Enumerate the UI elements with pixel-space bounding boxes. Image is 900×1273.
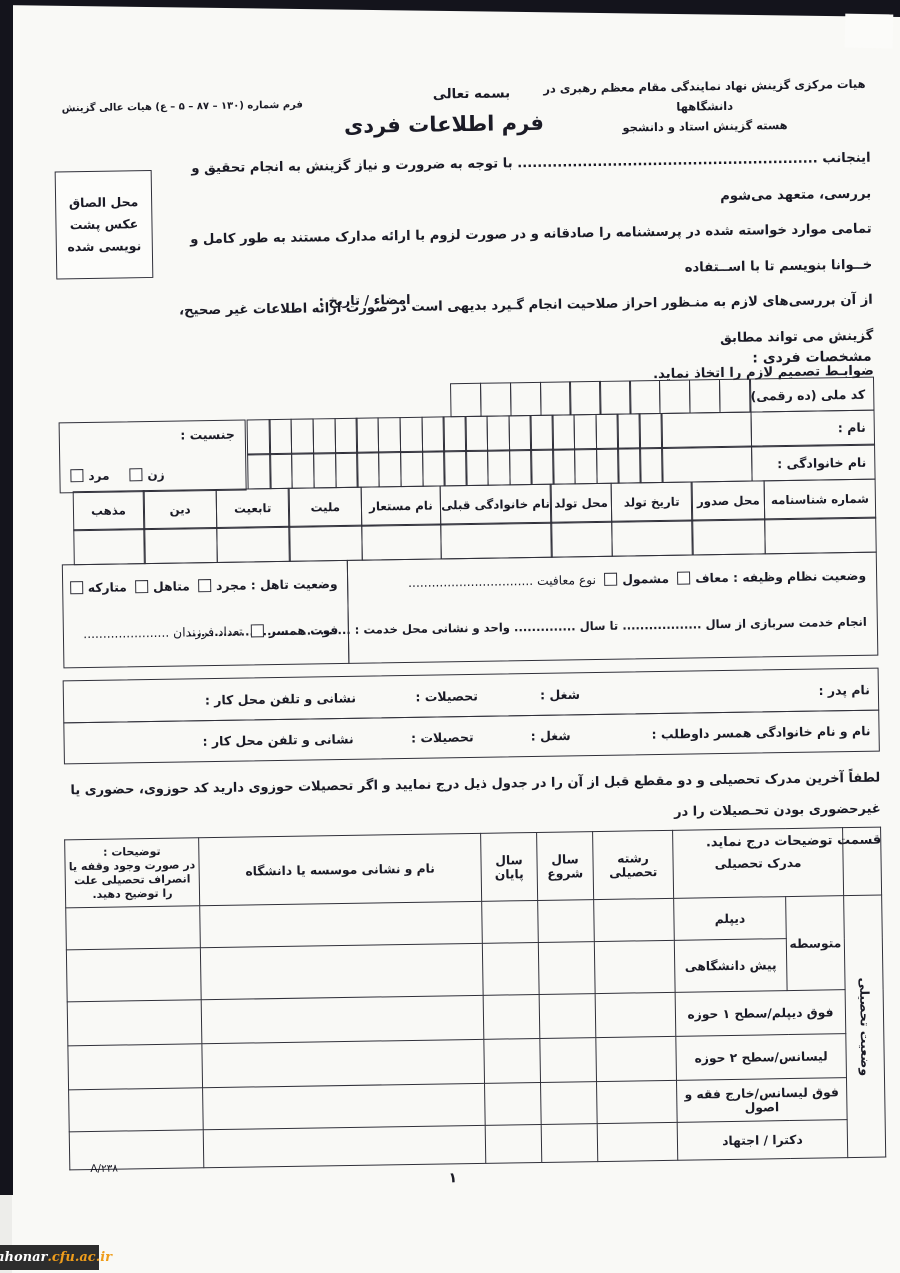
gender-label: جنسیت :	[180, 427, 235, 443]
col-header-birth-date: تاریخ تولد	[610, 481, 693, 522]
family-name-letter-cell[interactable]	[574, 448, 598, 484]
first-name-letter-cell[interactable]	[291, 418, 315, 454]
first-name-letter-cell[interactable]	[573, 414, 597, 450]
scan-corner-notch	[845, 14, 894, 49]
family-name-blank-cell[interactable]	[662, 446, 753, 483]
signature-date-label[interactable]: امضاء / تاریخ :	[319, 293, 411, 309]
edu-header-notes: توضیحات : در صورت وجود وقفه یا انصراف تح…	[65, 838, 200, 908]
spouse-children-line: فوت همسر تعداد فرزندان .................…	[83, 623, 338, 642]
edu-cell-notes[interactable]	[69, 1088, 204, 1132]
edu-header-end: سال پایان	[481, 832, 538, 901]
children-count-field[interactable]: تعداد فرزندان ......................	[83, 625, 243, 642]
conscript-label: مشمول	[622, 572, 669, 587]
exempt-option[interactable]: معاف	[673, 571, 729, 586]
spouse-education-label[interactable]: تحصیلات :	[411, 729, 474, 745]
married-label: متاهل	[153, 579, 190, 594]
birth-place-cell[interactable]	[550, 521, 613, 558]
edu-secondary-group-label: متوسطه	[786, 896, 845, 991]
gender-box: جنسیت : زن مرد	[59, 419, 247, 493]
edu-cell-notes[interactable]	[67, 1000, 202, 1046]
first-name-letter-cell[interactable]	[465, 415, 489, 451]
family-name-letter-cell[interactable]	[291, 453, 315, 489]
edu-cell-field[interactable]	[595, 992, 676, 1037]
photo-box-line1: محل الصاق	[69, 191, 139, 214]
national-code-cell[interactable]	[689, 379, 721, 413]
family-name-letter-cell[interactable]	[465, 450, 489, 486]
edu-cell-start[interactable]	[541, 1082, 598, 1125]
first-name-letter-cell[interactable]	[552, 414, 576, 450]
first-name-letter-cell[interactable]	[378, 417, 402, 453]
family-name-letter-cell[interactable]	[618, 448, 642, 484]
edu-cell-end[interactable]	[482, 942, 539, 995]
family-name-letter-cell[interactable]	[509, 449, 533, 485]
first-name-label: نام :	[750, 409, 875, 447]
edu-status-header-cell	[843, 827, 882, 896]
besmele-text: بسمه تعالی	[391, 85, 551, 104]
father-job-label[interactable]: شغل :	[540, 686, 580, 702]
conscript-checkbox[interactable]	[604, 573, 617, 586]
family-name-letter-cell[interactable]	[422, 451, 446, 487]
first-name-blank-cell[interactable]	[662, 411, 753, 448]
edu-cell-institute[interactable]	[203, 1125, 486, 1167]
section-title-personal: مشخصات فردی :	[752, 349, 872, 367]
separated-label: متارکه	[88, 580, 127, 595]
exempt-label: معاف	[695, 571, 729, 586]
birth-date-cell[interactable]	[611, 520, 694, 557]
col-header-issue-place: محل صدور	[691, 480, 766, 521]
national-code-cell[interactable]	[629, 380, 661, 414]
religion-cell[interactable]	[143, 527, 218, 564]
edu-cell-end[interactable]	[482, 900, 539, 943]
national-code-label: کد ملی (ده رقمی)	[750, 377, 875, 413]
family-rows: نام پدر : شغل : تحصیلات : نشانی و تلفن م…	[63, 668, 880, 764]
first-name-letter-cell[interactable]	[486, 415, 510, 451]
edu-cell-institute[interactable]	[203, 1083, 486, 1129]
edu-cell-notes[interactable]	[66, 906, 201, 950]
edu-header-start: سال شروع	[537, 832, 594, 901]
marital-status-box: وضعیت تاهل : مجرد متاهل متارکه فوت همسر …	[62, 560, 350, 668]
edu-cell-start[interactable]	[538, 900, 595, 943]
spouse-work-label[interactable]: نشانی و تلفن محل کار :	[202, 731, 353, 748]
family-name-letter-cell[interactable]	[335, 452, 359, 488]
edu-row-label-bachelor: لیسانس/سطح ۲ حوزه	[676, 1034, 847, 1081]
edu-cell-institute[interactable]	[200, 943, 483, 999]
edu-cell-field[interactable]	[597, 1122, 678, 1161]
single-label: مجرد	[216, 579, 247, 593]
single-option[interactable]: مجرد	[194, 579, 247, 594]
edu-cell-field[interactable]	[596, 1036, 677, 1081]
id-number-cell[interactable]	[764, 517, 877, 555]
edu-side-label: وضعیت تحصیلی	[856, 977, 873, 1076]
father-name-label[interactable]: نام پدر :	[818, 682, 870, 698]
married-checkbox[interactable]	[135, 580, 148, 593]
org-header: هیات مرکزی گزینش نهاد نمایندگی مقام معظم…	[539, 74, 870, 139]
intro-line2: تمامی موارد خواسته شده در پرسشنامه را صا…	[159, 212, 872, 294]
male-checkbox[interactable]	[70, 469, 83, 482]
col-header-denomination: مذهب	[72, 490, 145, 531]
edu-cell-notes[interactable]	[66, 948, 201, 1002]
edu-cell-start[interactable]	[541, 1124, 598, 1163]
edu-cell-end[interactable]	[485, 1082, 542, 1125]
first-name-letter-cell[interactable]	[247, 419, 271, 455]
citizenship-cell[interactable]	[216, 526, 291, 563]
col-header-alias: نام مستعار	[361, 485, 442, 526]
edu-header-institute: نام و نشانی موسسه یا دانشگاه	[199, 833, 482, 905]
form-number: فرم شماره (۱۳۰ – ۸۷ – ۵ – ع) هیات عالی گ…	[62, 100, 303, 115]
alias-cell[interactable]	[361, 524, 442, 561]
national-code-cell[interactable]	[450, 383, 482, 417]
gender-option-male[interactable]: مرد	[66, 469, 109, 485]
edu-cell-field[interactable]	[597, 1080, 678, 1123]
spouse-deceased-checkbox[interactable]	[251, 624, 264, 637]
female-checkbox[interactable]	[129, 468, 142, 481]
first-name-letter-cell[interactable]	[312, 418, 336, 454]
national-code-cell[interactable]	[569, 381, 601, 415]
first-name-letter-cell[interactable]	[421, 416, 445, 452]
spouse-job-label[interactable]: شغل :	[531, 728, 571, 744]
family-name-letter-cell[interactable]	[400, 451, 424, 487]
watermark-site: bahonar	[0, 1250, 47, 1265]
page-title: فرم اطلاعات فردی	[324, 110, 564, 138]
edu-cell-institute[interactable]	[202, 1039, 485, 1087]
edu-cell-notes[interactable]	[68, 1044, 203, 1090]
issue-place-cell[interactable]	[692, 519, 767, 556]
gender-option-female[interactable]: زن	[125, 468, 164, 484]
marital-status-line: وضعیت تاهل : مجرد متاهل متارکه	[66, 577, 338, 596]
prev-family-cell[interactable]	[440, 522, 553, 560]
national-code-cell[interactable]	[599, 380, 631, 414]
col-header-citizenship: تابعیت	[215, 488, 290, 529]
edu-cell-end[interactable]	[484, 1038, 541, 1083]
watermark-domain: .cfu.ac.ir	[47, 1250, 112, 1265]
edu-cell-start[interactable]	[539, 994, 596, 1039]
edu-cell-institute[interactable]	[200, 901, 483, 947]
separated-checkbox[interactable]	[70, 581, 83, 594]
education-table: مدرک تحصیلی رشته تحصیلی سال شروع سال پای…	[64, 827, 886, 1171]
family-name-letter-cell[interactable]	[313, 452, 337, 488]
marital-label: وضعیت تاهل :	[251, 577, 338, 592]
edu-row-label-master: فوق لیسانس/خارج فقه و اصول	[676, 1078, 847, 1123]
edu-cell-end[interactable]	[483, 994, 540, 1039]
family-name-letter-cell[interactable]	[356, 452, 380, 488]
col-header-id-number: شماره شناسنامه	[764, 478, 877, 520]
single-checkbox[interactable]	[198, 579, 211, 592]
edu-row-label-associate: فوق دیپلم/سطح ۱ حوزه	[675, 990, 846, 1037]
family-name-letter-cell[interactable]	[443, 450, 467, 486]
family-name-letter-cell[interactable]	[269, 453, 293, 489]
first-name-letter-cell[interactable]	[639, 413, 663, 449]
family-name-letter-cell[interactable]	[530, 449, 554, 485]
photo-box-line2: عکس پشت	[70, 213, 139, 236]
edu-cell-start[interactable]	[538, 942, 595, 995]
edu-cell-institute[interactable]	[201, 995, 484, 1043]
org-line1: هیات مرکزی گزینش نهاد نمایندگی مقام معظم…	[539, 74, 870, 119]
edu-cell-end[interactable]	[485, 1124, 542, 1163]
first-name-letter-cell[interactable]	[356, 417, 380, 453]
col-header-religion: دین	[143, 489, 218, 530]
first-name-letter-cell[interactable]	[269, 418, 293, 454]
national-code-cell[interactable]	[510, 382, 542, 416]
edu-row-label-diploma: دیپلم	[674, 897, 787, 941]
document-code: A/۲۳۸	[90, 1163, 118, 1175]
family-name-letter-cell[interactable]	[378, 451, 402, 487]
family-name-letter-cell[interactable]	[552, 449, 576, 485]
exempt-checkbox[interactable]	[677, 572, 690, 585]
father-work-label[interactable]: نشانی و تلفن محل کار :	[205, 690, 356, 707]
conscript-option[interactable]: مشمول	[600, 572, 669, 587]
national-code-cell[interactable]	[480, 382, 512, 416]
personal-info-table: کد ملی (ده رقمی) نام : نام خانوادگی : جن…	[58, 377, 878, 676]
exemption-type-field[interactable]: نوع معافیت .............................…	[408, 573, 596, 590]
first-name-letter-cell[interactable]	[617, 413, 641, 449]
col-header-birth-place: محل تولد	[550, 483, 613, 524]
family-name-letter-cell[interactable]	[596, 448, 620, 484]
family-name-label: نام خانوادگی :	[751, 444, 876, 482]
national-code-cell[interactable]	[659, 380, 691, 414]
military-label: وضعیت نظام وظیفه :	[733, 569, 866, 585]
first-name-letter-cell[interactable]	[443, 416, 467, 452]
edu-row-label-preuniversity: پیش دانشگاهی	[674, 939, 787, 993]
scanned-form-page: { "header": { "org_line1": "هیات مرکزی گ…	[0, 0, 900, 1273]
photo-attach-box[interactable]: محل الصاق عکس پشت نویسی شده	[55, 170, 154, 280]
spouse-name-label[interactable]: نام و نام خانوادگی همسر داوطلب :	[651, 723, 870, 741]
org-line2: هسته گزینش استاد و دانشجو	[540, 114, 870, 139]
married-option[interactable]: متاهل	[131, 579, 190, 594]
edu-cell-field[interactable]	[594, 898, 675, 941]
family-name-letter-cell[interactable]	[487, 450, 511, 486]
edu-notes-sub: در صورت وجود وقفه یا انصراف تحصیلی علت ر…	[67, 858, 197, 902]
national-code-cell[interactable]	[540, 381, 572, 415]
family-name-letter-cell[interactable]	[248, 453, 272, 489]
national-code-cell[interactable]	[719, 379, 751, 413]
edu-cell-start[interactable]	[540, 1038, 597, 1083]
spouse-deceased-label: فوت همسر	[269, 623, 339, 638]
nationality-cell[interactable]	[289, 525, 364, 562]
edu-cell-field[interactable]	[594, 940, 675, 993]
military-status-box: وضعیت نظام وظیفه : معاف مشمول نوع معافیت…	[347, 552, 879, 664]
father-education-label[interactable]: تحصیلات :	[415, 688, 478, 704]
first-name-letter-cell[interactable]	[399, 416, 423, 452]
intro-line1[interactable]: اینجانب ................................…	[158, 141, 871, 223]
col-header-prev-family: نام خانوادگی قبلی	[439, 484, 552, 526]
form-content: هیات مرکزی گزینش نهاد نمایندگی مقام معظم…	[52, 0, 888, 1273]
first-name-letter-cell[interactable]	[530, 414, 554, 450]
col-header-nationality: ملیت	[288, 487, 363, 528]
denomination-cell[interactable]	[73, 529, 146, 566]
separated-option[interactable]: متارکه	[66, 580, 127, 595]
photo-box-line3: نویسی شده	[67, 235, 141, 258]
family-name-letter-cell[interactable]	[639, 447, 663, 483]
spouse-deceased-option[interactable]: فوت همسر	[247, 623, 339, 638]
edu-side-label-cell: وضعیت تحصیلی	[844, 895, 886, 1158]
page-number: ۱	[448, 1170, 457, 1186]
edu-row-label-doctorate: دکترا / اجتهاد	[677, 1120, 848, 1161]
military-status-line: وضعیت نظام وظیفه : معاف مشمول نوع معافیت…	[408, 569, 866, 591]
watermark-bar: bahonar.cfu.ac.ir	[0, 1245, 99, 1270]
male-label: مرد	[88, 469, 109, 483]
edu-header-field: رشته تحصیلی	[593, 830, 674, 899]
first-name-letter-cell[interactable]	[334, 417, 358, 453]
first-name-letter-cell[interactable]	[595, 413, 619, 449]
female-label: زن	[147, 468, 164, 482]
edu-header-degree: مدرک تحصیلی	[673, 828, 844, 899]
scan-edge-left	[0, 0, 13, 1195]
first-name-letter-cell[interactable]	[508, 415, 532, 451]
